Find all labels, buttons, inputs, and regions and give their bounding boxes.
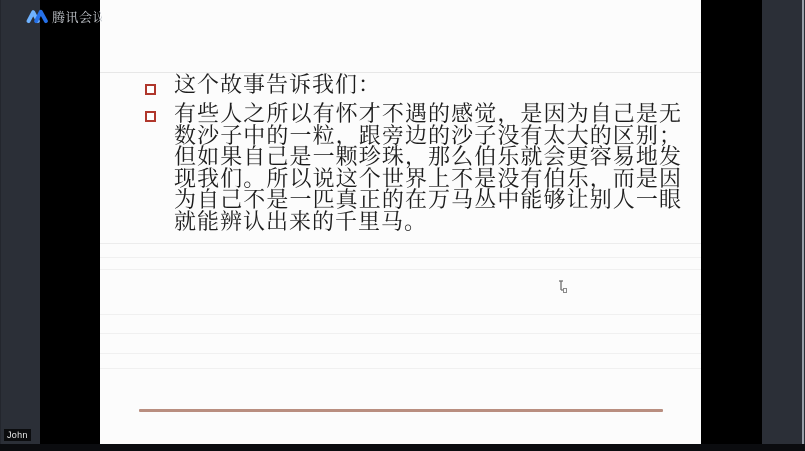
slide-faint-line	[100, 314, 701, 315]
slide-faint-line	[100, 368, 701, 369]
slide-accent-rule	[139, 409, 663, 412]
meeting-logo-icon	[26, 8, 48, 24]
slide-faint-line	[100, 243, 701, 244]
bottom-bar	[0, 444, 805, 451]
text-cursor-icon	[557, 279, 568, 294]
left-sidebar	[0, 0, 40, 451]
scrollbar[interactable]	[802, 0, 804, 444]
slide-faint-line	[100, 269, 701, 270]
brand-name: 腾讯会议	[52, 7, 102, 26]
slide-faint-line	[100, 257, 701, 258]
slide-faint-line	[100, 333, 701, 334]
presentation-slide: 这个故事告诉我们： 有些人之所以有怀才不遇的感觉，是因为自己是无数沙子中的一粒，…	[100, 0, 701, 445]
slide-bullet-text: 这个故事告诉我们：	[174, 74, 381, 96]
slide-bullet-text: 有些人之所以有怀才不遇的感觉，是因为自己是无数沙子中的一粒，跟旁边的沙子没有太大…	[174, 103, 682, 232]
participant-name-badge: John	[4, 429, 31, 441]
right-panel-strip	[762, 0, 805, 451]
app-root: 这个故事告诉我们： 有些人之所以有怀才不遇的感觉，是因为自己是无数沙子中的一粒，…	[0, 0, 805, 451]
brand-logo: 腾讯会议	[26, 6, 102, 26]
bullet-marker-icon	[145, 84, 156, 95]
bullet-marker-icon	[145, 111, 156, 122]
slide-faint-line	[100, 353, 701, 354]
